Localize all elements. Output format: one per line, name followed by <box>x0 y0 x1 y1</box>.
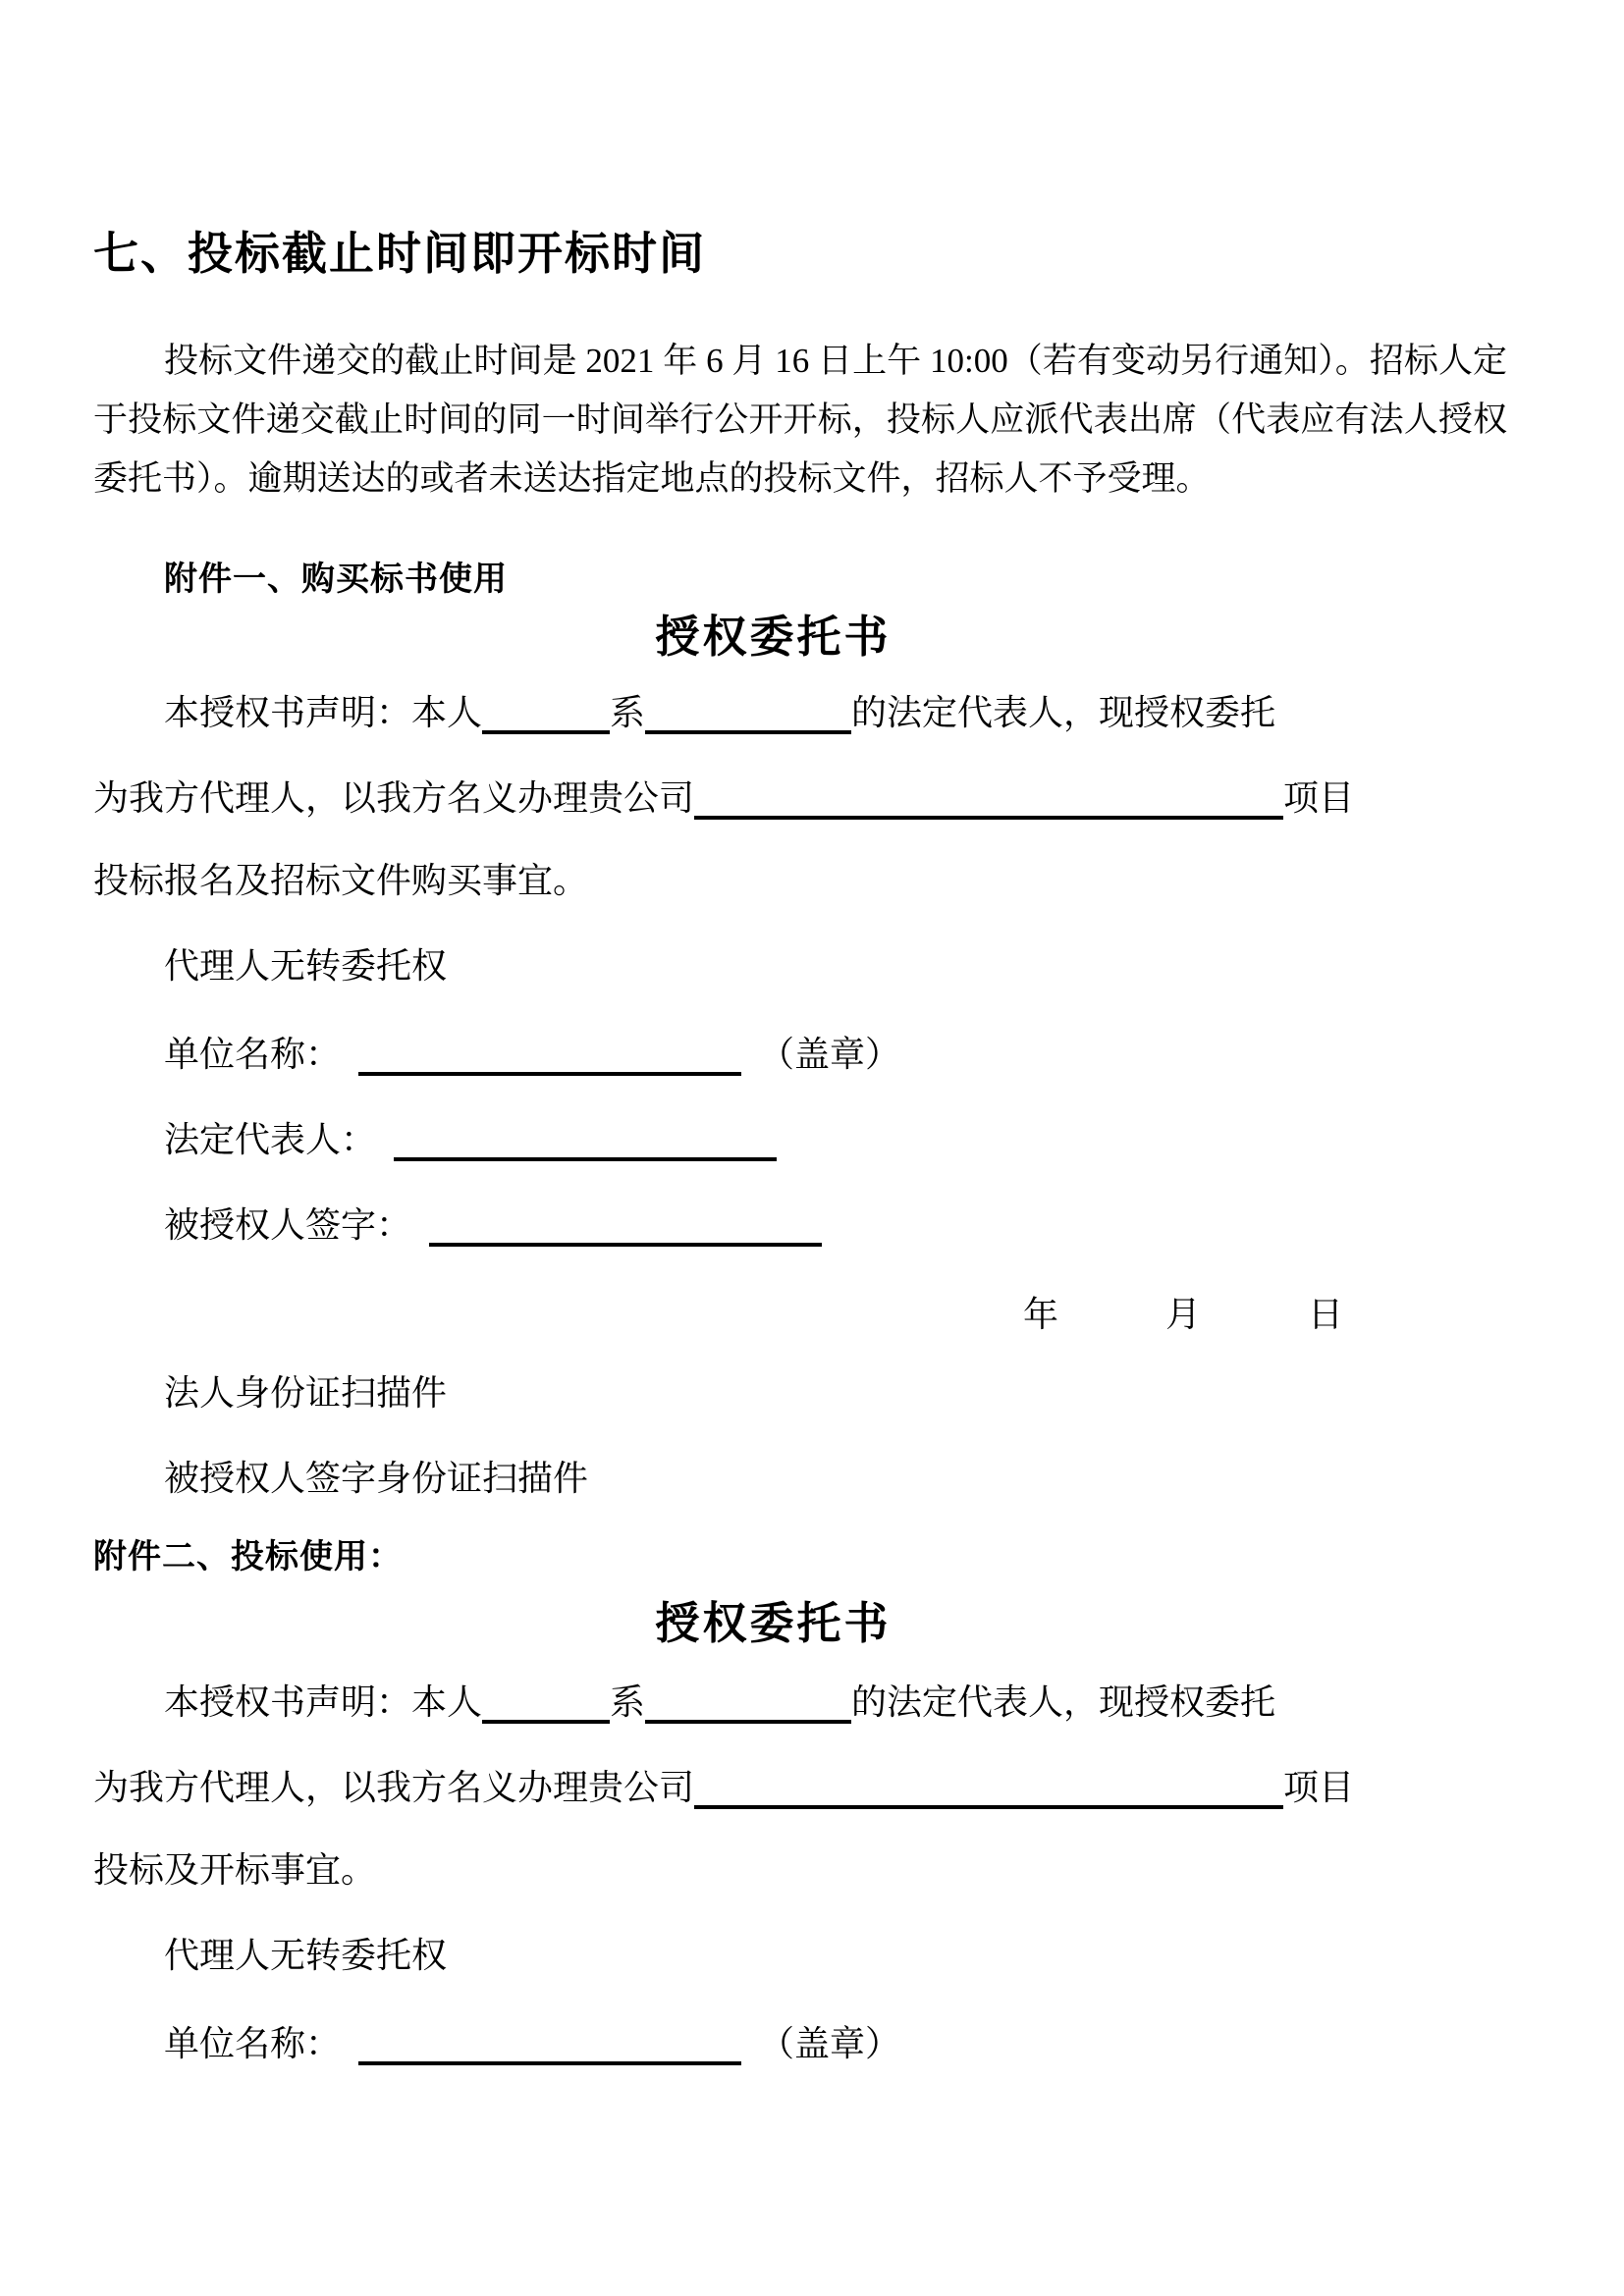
seal-label: （盖章） <box>759 1035 900 1074</box>
attachment2-declaration-line3: 投标及开标事宜。 <box>93 1849 376 1891</box>
blank-principal-name <box>482 689 610 734</box>
date-day-label: 日 <box>1308 1287 1343 1337</box>
blank-project-name <box>694 774 1283 820</box>
attachment2-agent-note: 代理人无转委托权 <box>164 1935 447 1976</box>
attachment1-heading: 附件一、购买标书使用 <box>164 552 508 600</box>
attachment1-declaration-line3: 投标报名及招标文件购买事宜。 <box>93 860 588 901</box>
date-month-label: 月 <box>1165 1287 1201 1337</box>
declaration-text: 为我方代理人，以我方名义办理贵公司 <box>93 778 694 818</box>
attachment1-company-line: 单位名称：（盖章） <box>164 1031 900 1076</box>
declaration-text: 本授权书声明：本人 <box>164 693 482 732</box>
declaration-text: 为我方代理人，以我方名义办理贵公司 <box>93 1768 694 1807</box>
blank-project-name <box>694 1764 1283 1809</box>
declaration-text: 项目 <box>1283 778 1354 818</box>
attachment2-declaration-line2: 为我方代理人，以我方名义办理贵公司项目 <box>93 1764 1354 1809</box>
legal-rep-label: 法定代表人： <box>164 1120 376 1159</box>
attachment2-declaration-line1: 本授权书声明：本人系的法定代表人，现授权委托 <box>164 1679 1275 1724</box>
attachment1-title: 授权委托书 <box>0 601 1546 665</box>
company-name-label: 单位名称： <box>164 2024 341 2063</box>
blank-legal-rep <box>394 1116 777 1161</box>
blank-company-name <box>358 1031 741 1076</box>
attachment2-title: 授权委托书 <box>0 1587 1546 1651</box>
declaration-text: 的法定代表人，现授权委托 <box>851 693 1275 732</box>
section-title: 七、投标截止时间即开标时间 <box>93 218 706 283</box>
blank-authorized-signature <box>429 1201 822 1247</box>
attachment1-legal-rep-line: 法定代表人： <box>164 1116 777 1161</box>
intro-paragraph: 投标文件递交的截止时间是 2021 年 6 月 16 日上午 10:00（若有变… <box>93 332 1507 508</box>
date-line: 年 月 日 <box>1023 1287 1343 1337</box>
declaration-text: 本授权书声明：本人 <box>164 1682 482 1722</box>
date-year-label: 年 <box>1023 1287 1058 1337</box>
document-page: 七、投标截止时间即开标时间 投标文件递交的截止时间是 2021 年 6 月 16… <box>0 0 1624 2296</box>
attachment1-agent-note: 代理人无转委托权 <box>164 945 447 987</box>
legal-id-scan-note: 法人身份证扫描件 <box>164 1372 447 1414</box>
attachment2-heading: 附件二、投标使用： <box>93 1529 403 1577</box>
blank-principal-name <box>482 1679 610 1724</box>
blank-company-of-principal <box>645 689 851 734</box>
attachment1-declaration-line2: 为我方代理人，以我方名义办理贵公司项目 <box>93 774 1354 820</box>
blank-company-of-principal <box>645 1679 851 1724</box>
attachment1-declaration-line1: 本授权书声明：本人系的法定代表人，现授权委托 <box>164 689 1275 734</box>
declaration-text: 系 <box>610 693 645 732</box>
attachment2-company-line: 单位名称：（盖章） <box>164 2020 900 2065</box>
company-name-label: 单位名称： <box>164 1035 341 1074</box>
authorized-sign-label: 被授权人签字： <box>164 1205 411 1245</box>
declaration-text: 系 <box>610 1682 645 1722</box>
attachment1-authorized-sign-line: 被授权人签字： <box>164 1201 822 1247</box>
seal-label: （盖章） <box>759 2024 900 2063</box>
declaration-text: 的法定代表人，现授权委托 <box>851 1682 1275 1722</box>
declaration-text: 项目 <box>1283 1768 1354 1807</box>
blank-company-name <box>358 2020 741 2065</box>
authorized-id-scan-note: 被授权人签字身份证扫描件 <box>164 1458 588 1499</box>
